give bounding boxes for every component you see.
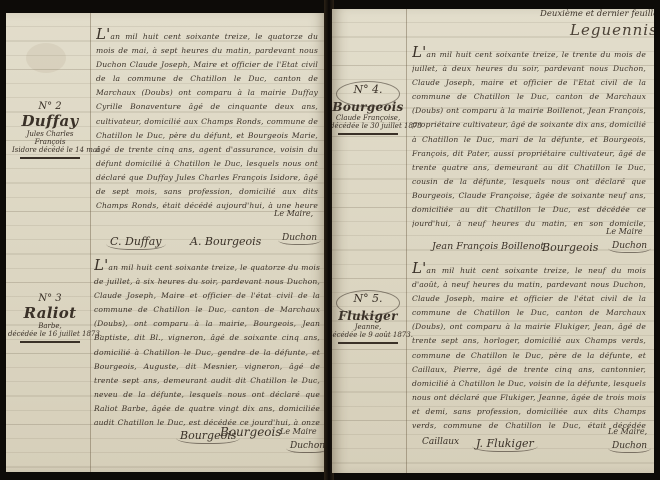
entry-body-3: L'an mil huit cent soixante treize, le q… xyxy=(94,258,320,430)
underline xyxy=(20,341,80,343)
entry-number: N° 3 xyxy=(8,293,92,304)
deceased-given-names-2: Isidore xyxy=(12,146,37,154)
deceased-surname: Flukiger xyxy=(332,309,408,323)
margin-rule-line xyxy=(90,13,91,472)
signature-declarant-1: Jean François Boillenot xyxy=(432,241,544,252)
underline xyxy=(20,157,80,159)
signature-maire: Duchon xyxy=(608,241,651,253)
maire-label: Le Maire xyxy=(606,227,643,236)
deceased-surname: Duffay xyxy=(12,112,88,130)
death-date: décédé le 14 mai xyxy=(39,146,99,154)
maire-label: Le Maire xyxy=(280,427,317,436)
entry-body-5: L'an mil huit cent soixante treize, le n… xyxy=(412,261,646,433)
death-date: décédée le 16 juillet 1873. xyxy=(8,330,92,338)
death-date: décédée le 30 juillet 1873 xyxy=(332,122,406,130)
death-date: décédée le 9 août 1873. xyxy=(332,331,408,339)
margin-rule-line xyxy=(406,9,407,473)
signature-declarant-1: C. Duffay xyxy=(106,235,166,250)
deceased-given-names: Barbe, xyxy=(8,322,92,330)
signature-declarant-1: Bourgeois xyxy=(220,425,282,439)
entry-number: N° 4. xyxy=(332,83,406,96)
deceased-given-names: Jules Charles François xyxy=(12,130,88,146)
deceased-given-names: Claude Françoise, xyxy=(332,114,406,122)
entry-body-4: L'an mil huit cent soixante treize, le t… xyxy=(412,45,646,229)
maire-label: Le Maire, xyxy=(608,427,647,436)
signature-declarant-2: Caillaux xyxy=(422,437,459,447)
register-scan: N° 2 Duffay Jules Charles François Isido… xyxy=(0,0,660,480)
paper-stain xyxy=(26,43,66,73)
signature-maire: Duchon xyxy=(278,233,321,245)
entry-number: N° 5. xyxy=(332,292,408,305)
margin-note-entry-3: N° 3 Raliot Barbe, décédée le 16 juillet… xyxy=(8,293,92,343)
entry-body-2: L'an mil huit cent soixante treize, le q… xyxy=(96,27,318,213)
signature-maire: Duchon xyxy=(608,441,651,453)
margin-note-entry-2: N° 2 Duffay Jules Charles François Isido… xyxy=(12,101,88,159)
margin-note-entry-5: N° 5. Flukiger Jeanne, décédée le 9 août… xyxy=(332,292,408,344)
signature-declarant-1: J. Flukiger xyxy=(472,437,538,452)
signature-maire: Duchon xyxy=(286,441,326,453)
folio-header: Deuxième et dernier feuillet xyxy=(540,9,654,19)
left-page: N° 2 Duffay Jules Charles François Isido… xyxy=(6,13,326,472)
underline xyxy=(338,133,398,135)
margin-note-entry-4: N° 4. Bourgeois Claude Françoise, décédé… xyxy=(332,83,406,135)
signature-declarant-2: A. Bourgeois xyxy=(190,235,261,248)
deceased-given-names: Jeanne, xyxy=(332,323,408,331)
death-date-note: Isidore décédé le 14 mai xyxy=(12,146,88,154)
signature-declarant-2: Bourgeois xyxy=(542,241,598,254)
entry-number: N° 2 xyxy=(12,101,88,112)
underline xyxy=(338,342,398,344)
deceased-surname: Raliot xyxy=(8,304,92,322)
maire-label: Le Maire, xyxy=(274,209,313,218)
deceased-surname: Bourgeois xyxy=(332,100,406,114)
right-page: Deuxième et dernier feuillet Leguennis N… xyxy=(332,9,654,473)
folio-signature: Leguennis xyxy=(570,21,654,39)
